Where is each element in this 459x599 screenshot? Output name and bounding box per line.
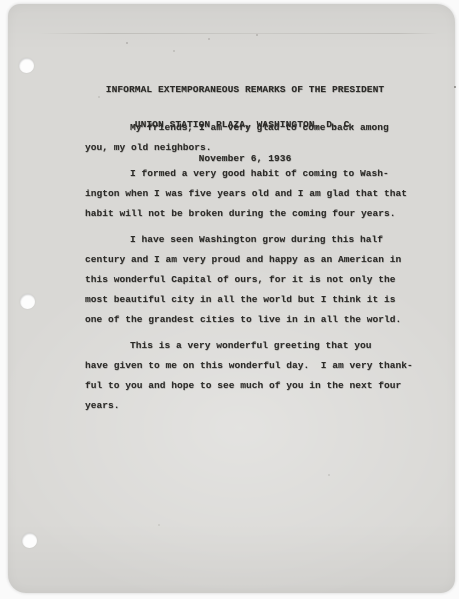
paragraph: I have seen Washington grow during this … — [85, 230, 415, 330]
text-line: habit will not be broken during the comi… — [85, 204, 415, 224]
text-line: century and I am very proud and happy as… — [85, 250, 415, 270]
text-line: ful to you and hope to see much of you i… — [85, 376, 415, 396]
paragraph: My friends, I am very glad to come back … — [85, 118, 415, 158]
text-line: years. — [85, 396, 415, 416]
text-line: ington when I was five years old and I a… — [85, 184, 415, 204]
text-line: My friends, I am very glad to come back … — [85, 118, 415, 138]
heading-title-line: INFORMAL EXTEMPORANEOUS REMARKS OF THE P… — [85, 84, 405, 96]
text-line: most beautiful city in all the world but… — [85, 290, 415, 310]
text-line: I formed a very good habit of coming to … — [85, 164, 415, 184]
punch-hole-middle — [20, 294, 35, 309]
text-line: this wonderful Capital of ours, for it i… — [85, 270, 415, 290]
text-line: you, my old neighbors. — [85, 138, 415, 158]
paragraph: This is a very wonderful greeting that y… — [85, 336, 415, 416]
text-line: I have seen Washington grow during this … — [85, 230, 415, 250]
punch-hole-top — [19, 58, 34, 73]
text-line: one of the grandest cities to live in in… — [85, 310, 415, 330]
text-line: This is a very wonderful greeting that y… — [85, 336, 415, 356]
paper-crease — [38, 33, 438, 34]
text-line: have given to me on this wonderful day. … — [85, 356, 415, 376]
paragraph: I formed a very good habit of coming to … — [85, 164, 415, 224]
punch-hole-bottom — [22, 533, 37, 548]
scanned-page: INFORMAL EXTEMPORANEOUS REMARKS OF THE P… — [0, 0, 459, 599]
document-body: My friends, I am very glad to come back … — [85, 118, 415, 416]
paper-sheet: INFORMAL EXTEMPORANEOUS REMARKS OF THE P… — [8, 4, 455, 593]
